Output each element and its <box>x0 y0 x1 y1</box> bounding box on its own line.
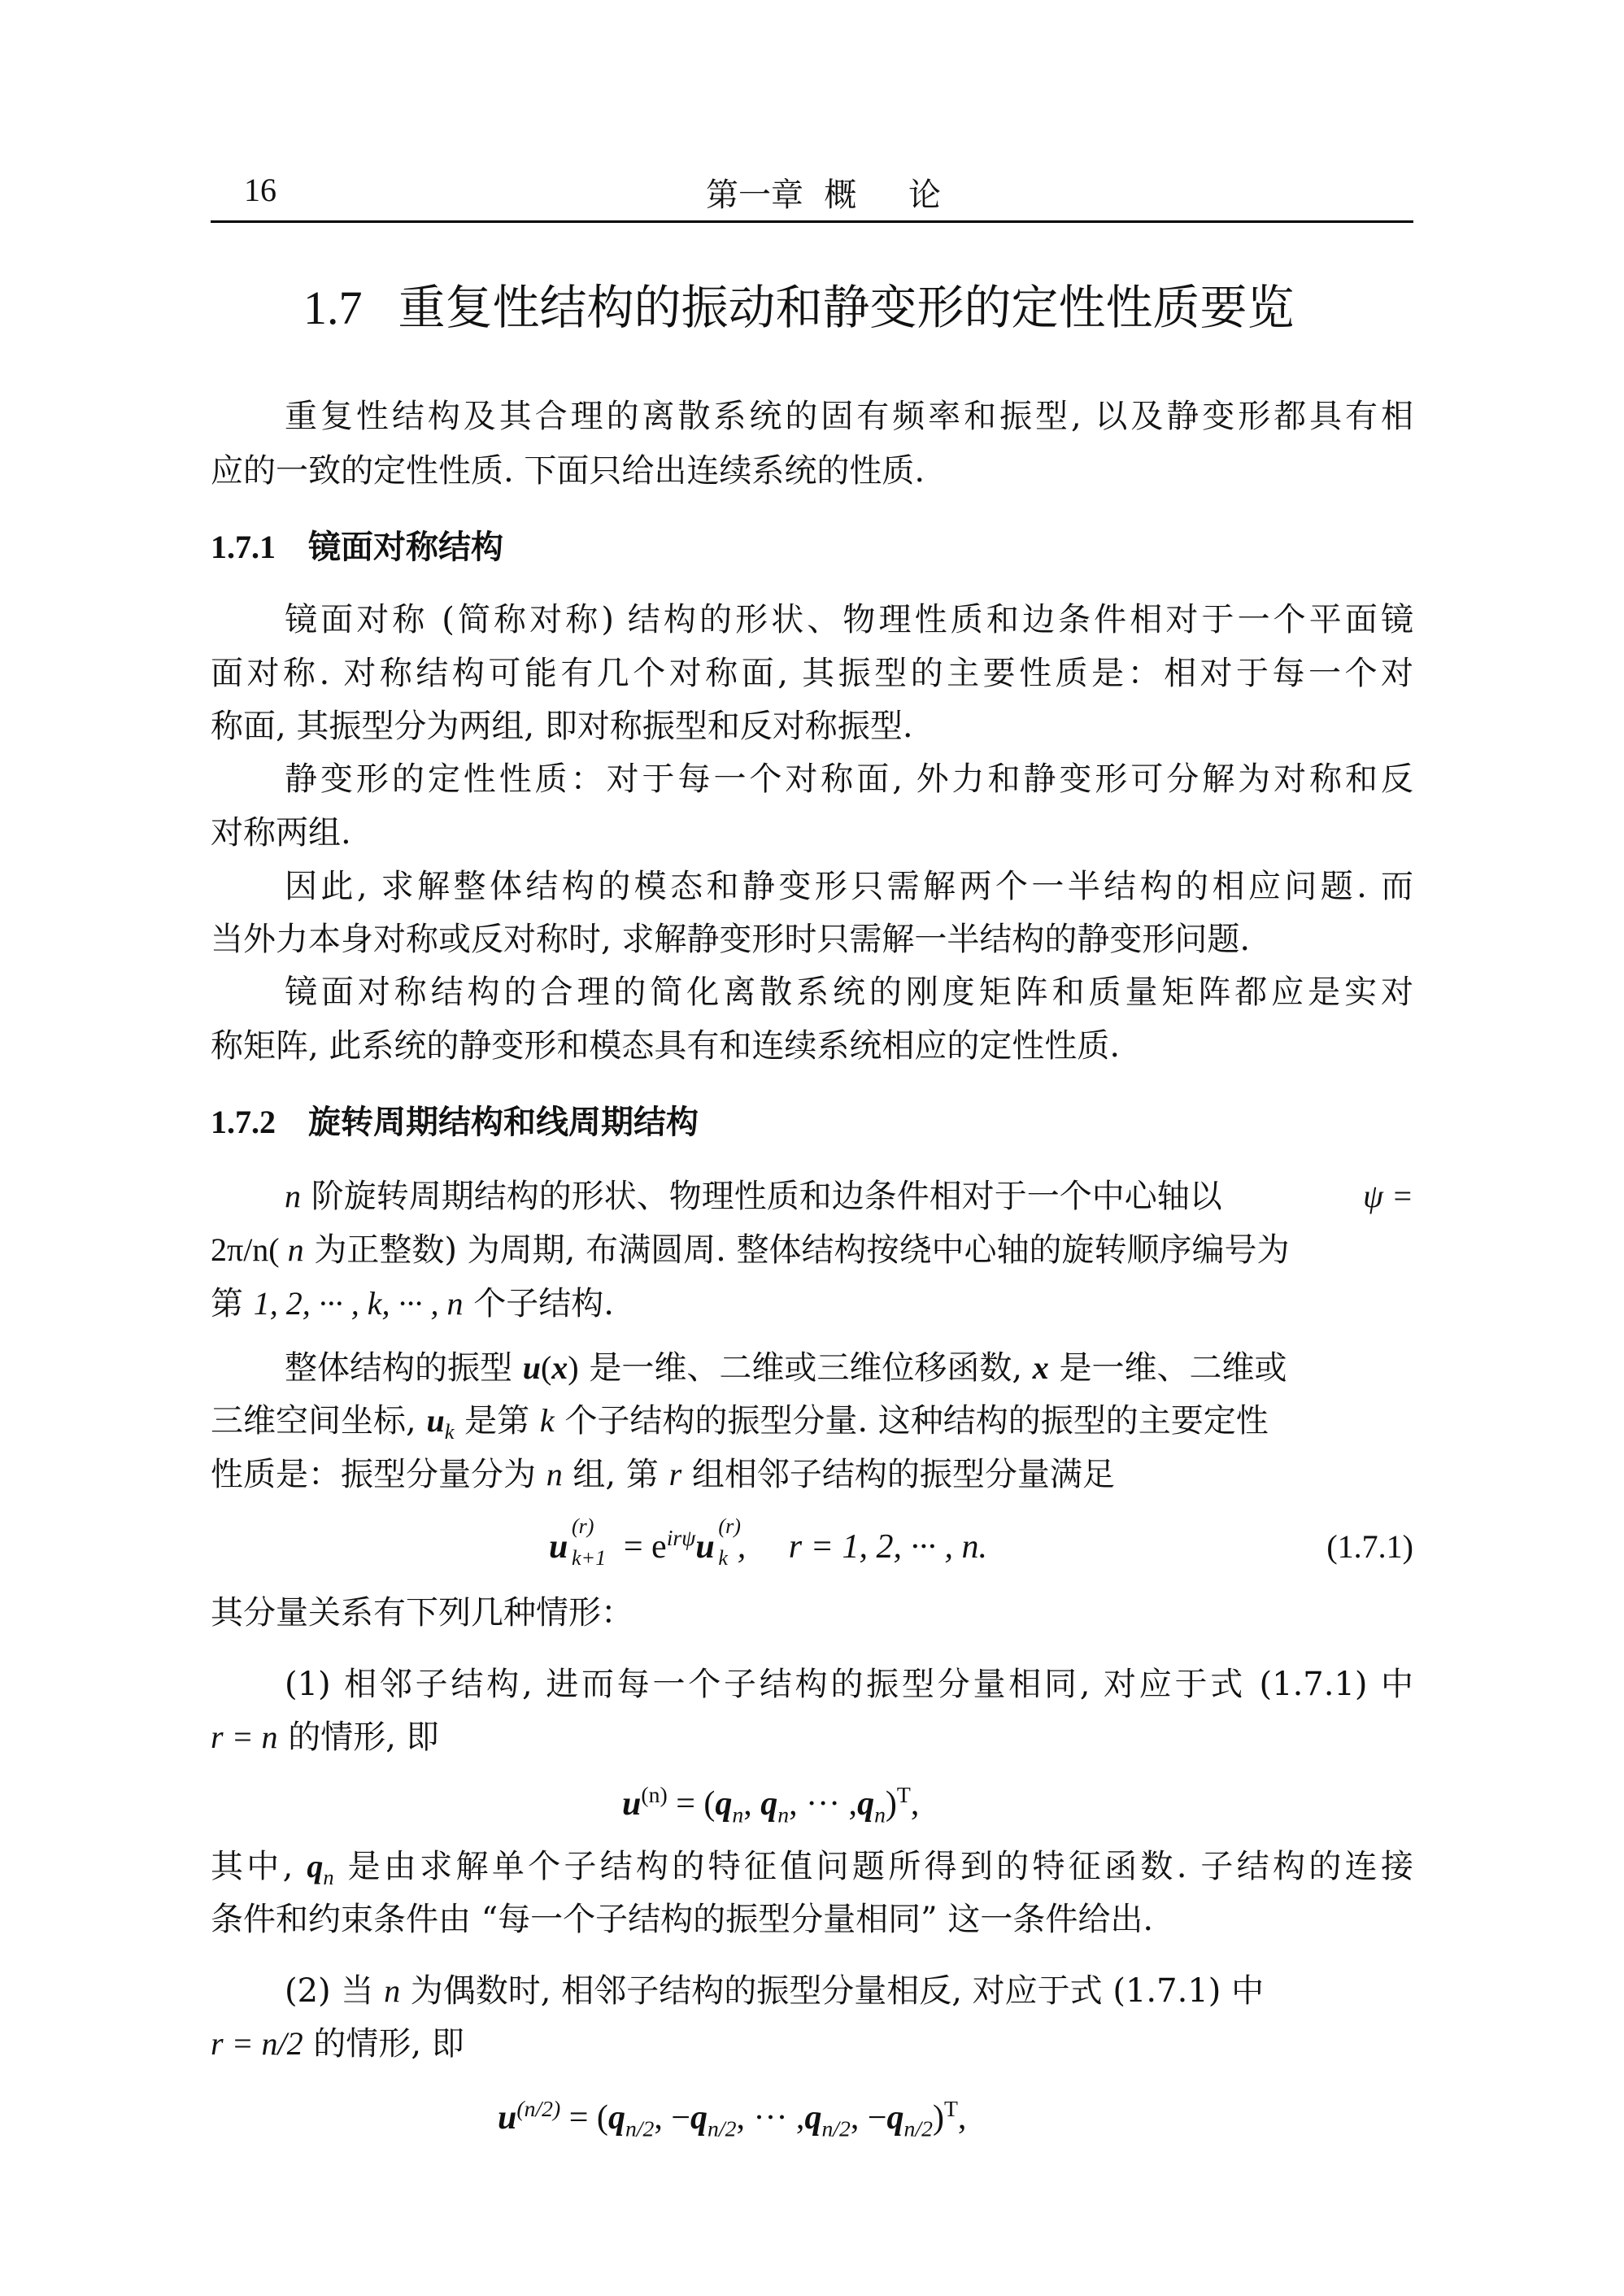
math-u: u <box>695 1528 714 1566</box>
text-line: 三维空间坐标, uk 是第 k 个子结构的振型分量. 这种结构的振型的主要定性 <box>211 1394 1413 1448</box>
equation-number: (1.7.1) <box>1326 1520 1413 1574</box>
math-n: n <box>285 1178 301 1214</box>
text-span: 是由求解单个子结构的特征值问题所得到的特征函数. 子结构的连接 <box>334 1848 1413 1885</box>
math-q: q <box>715 1785 732 1823</box>
comma: , <box>789 1785 806 1823</box>
text-line: 第 1, 2, ··· , k, ··· , n 个子结构. <box>211 1277 1413 1331</box>
equation-u-n: u(n) = (qn, qn, ··· ,qn)T, <box>622 1777 919 1831</box>
math-q: q <box>804 2099 821 2137</box>
math-sub: n <box>777 1802 789 1827</box>
text-line: 其中, qn 是由求解单个子结构的特征值问题所得到的特征函数. 子结构的连接 <box>211 1840 1413 1893</box>
text-span: 是一维、二维或 <box>1049 1349 1287 1387</box>
math-q: q <box>857 1785 874 1823</box>
text-line: 整体结构的振型 u(x) 是一维、二维或三维位移函数, x 是一维、二维或 <box>285 1341 1413 1395</box>
paren: ) <box>933 2099 944 2137</box>
section-title: 1.7重复性结构的振动和静变形的定性性质要览 <box>303 275 1295 341</box>
math-n: n <box>546 1456 563 1492</box>
math-sub: n/2 <box>708 2115 736 2141</box>
math-q: q <box>690 2099 708 2137</box>
eq-sign: = e <box>615 1528 666 1566</box>
equation-1-7-1: u(r)k+1 = eirψu(r)k, r = 1, 2, ··· , n. <box>549 1520 987 1574</box>
math-r-eq-n-half: r = n/2 <box>211 2025 303 2062</box>
text-line: 当外力本身对称或反对称时, 求解静变形时只需解一半结构的静变形问题. <box>211 913 1413 966</box>
text-line: 性质是：振型分量分为 n 组, 第 r 组相邻子结构的振型分量满足 <box>211 1448 1413 1501</box>
math-sub: n/2 <box>821 2115 850 2141</box>
math-psi-eq: ψ = <box>1363 1170 1413 1223</box>
header-rule <box>211 220 1413 223</box>
text-line: r = n/2 的情形, 即 <box>211 2017 1413 2071</box>
intro-line-2: 应的一致的定性性质. 下面只给出连续系统的性质. <box>211 444 1413 498</box>
intro-line-1: 重复性结构及其合理的离散系统的固有频率和振型, 以及静变形都具有相 <box>285 390 1413 443</box>
text-span: 个子结构的振型分量. 这种结构的振型的主要定性 <box>555 1402 1269 1440</box>
text-line: 称矩阵, 此系统的静变形和模态具有和连续系统相应的定性性质. <box>211 1019 1413 1073</box>
text-span: 为偶数时, 相邻子结构的振型分量相反, 对应于式 (1.7.1) 中 <box>400 1972 1264 2010</box>
text-span: 的情形, 即 <box>278 1719 439 1756</box>
text-line: 2π/n( n 为正整数) 为周期, 布满圆周. 整体结构按绕中心轴的旋转顺序编… <box>211 1223 1413 1277</box>
page-number: 16 <box>244 171 276 209</box>
math-q: q <box>887 2099 904 2137</box>
math-sup: (n) <box>641 1782 667 1807</box>
math-u: u <box>523 1349 541 1386</box>
eq-lhs: u(r)k+1 <box>549 1520 568 1574</box>
comma: , <box>654 2099 671 2137</box>
text-span: 其中, <box>211 1848 307 1885</box>
text-span: 第 <box>211 1285 254 1322</box>
text-span: 组, 第 <box>563 1456 669 1493</box>
math-sub: n <box>874 1802 886 1827</box>
dots: ··· , <box>806 1785 857 1823</box>
math-sup: (n/2) <box>516 2096 560 2121</box>
math-n: n <box>384 1972 400 2009</box>
eq-rhs: u(r)k <box>695 1520 714 1574</box>
paren: ( <box>541 1349 551 1386</box>
math-sub: n/2 <box>625 2115 654 2141</box>
text-line: 其分量关系有下列几种情形： <box>211 1586 1413 1640</box>
comma: , <box>851 2099 868 2137</box>
eq-sign: = ( <box>668 1785 716 1823</box>
subsection-title: 旋转周期结构和线周期结构 <box>308 1104 699 1141</box>
text-line: (1) 相邻子结构, 进而每一个子结构的振型分量相同, 对应于式 (1.7.1)… <box>285 1658 1413 1711</box>
eq-tail: , r = 1, 2, ··· , n. <box>738 1528 987 1566</box>
eq-sign: = ( <box>560 2099 608 2137</box>
text-line: 静变形的定性性质：对于每一个对称面, 外力和静变形可分解为对称和反 <box>285 752 1413 806</box>
dots: ··· , <box>753 2099 804 2137</box>
text-line: (2) 当 n 为偶数时, 相邻子结构的振型分量相反, 对应于式 (1.7.1)… <box>285 1964 1413 2018</box>
text-span: 阶旋转周期结构的形状、物理性质和边条件相对于一个中心轴以 <box>301 1178 1232 1215</box>
text-line: n 阶旋转周期结构的形状、物理性质和边条件相对于一个中心轴以 ψ = <box>285 1170 1413 1223</box>
text-span: 整体结构的振型 <box>285 1349 523 1387</box>
text-span: (2) 当 <box>285 1972 384 2010</box>
text-line: 条件和约束条件由 “每一个子结构的振型分量相同” 这一条件给出. <box>211 1893 1413 1946</box>
math-r: r <box>669 1456 682 1492</box>
text-span: 是一维、二维或三维位移函数, <box>579 1349 1033 1387</box>
text-line: r = n 的情形, 即 <box>211 1710 1413 1764</box>
math-transpose: T <box>944 2096 958 2121</box>
subsection-heading-1-7-2: 1.7.2旋转周期结构和线周期结构 <box>211 1098 699 1147</box>
text-line: 镜面对称结构的合理的简化离散系统的刚度矩阵和质量矩阵都应是实对 <box>285 965 1413 1019</box>
math-q: q <box>608 2099 625 2137</box>
subsection-number: 1.7.1 <box>211 529 276 565</box>
text-span: 个子结构. <box>463 1285 613 1322</box>
math-q: q <box>760 1785 777 1823</box>
math-sub-n: n <box>323 1865 333 1889</box>
text-line: 镜面对称 (简称对称) 结构的形状、物理性质和边条件相对于一个平面镜 <box>285 593 1413 647</box>
text-span: 是第 <box>454 1402 539 1440</box>
math-q: q <box>307 1848 323 1884</box>
math-sub: n/2 <box>904 2115 933 2141</box>
math-n: n <box>288 1231 304 1268</box>
text-line: 对称两组. <box>211 806 1413 860</box>
math-sub: k+1 <box>572 1531 606 1585</box>
math-r-eq-n: r = n <box>211 1719 278 1755</box>
math-sub-k: k <box>445 1419 455 1444</box>
section-title-text: 重复性结构的振动和静变形的定性性质要览 <box>398 280 1295 335</box>
math-index-list: 1, 2, ··· , k, ··· , n <box>254 1285 464 1322</box>
text-span: 的情形, 即 <box>303 2025 464 2063</box>
text-span: 为正整数) 为周期, 布满圆周. 整体结构按绕中心轴的旋转顺序编号为 <box>304 1231 1290 1269</box>
math-2pi-n: 2π/n( <box>211 1231 288 1268</box>
math-sub: n <box>732 1802 743 1827</box>
math-exp: irψ <box>667 1525 696 1550</box>
math-k: k <box>540 1402 555 1439</box>
paren: ) <box>568 1349 578 1386</box>
text-line: 面对称. 对称结构可能有几个对称面, 其振型的主要性质是：相对于每一个对 <box>211 647 1413 700</box>
text-span: 组相邻子结构的振型分量满足 <box>681 1456 1115 1493</box>
section-number: 1.7 <box>303 281 363 334</box>
comma: , <box>911 1785 920 1823</box>
comma: , <box>736 2099 753 2137</box>
minus: − <box>868 2099 887 2137</box>
math-u: u <box>549 1528 568 1566</box>
text-span: 三维空间坐标, <box>211 1402 426 1440</box>
subsection-number: 1.7.2 <box>211 1104 276 1140</box>
math-x: x <box>1033 1349 1049 1386</box>
math-u: u <box>622 1785 641 1823</box>
math-x: x <box>551 1349 568 1386</box>
paren: ) <box>886 1785 897 1823</box>
comma: , <box>958 2099 967 2137</box>
subsection-title: 镜面对称结构 <box>308 529 503 566</box>
math-transpose: T <box>897 1782 911 1807</box>
math-u: u <box>498 2099 516 2137</box>
minus: − <box>671 2099 690 2137</box>
text-span: 性质是：振型分量分为 <box>211 1456 546 1493</box>
text-line: 因此, 求解整体结构的模态和静变形只需解两个一半结构的相应问题. 而 <box>285 860 1413 913</box>
math-u: u <box>426 1402 444 1439</box>
text-line: 称面, 其振型分为两组, 即对称振型和反对称振型. <box>211 699 1413 753</box>
equation-u-n-half: u(n/2) = (qn/2, −qn/2, ··· ,qn/2, −qn/2)… <box>498 2091 966 2145</box>
math-sub: k <box>718 1531 728 1585</box>
running-header-chapter: 第一章 概 论 <box>706 169 941 216</box>
subsection-heading-1-7-1: 1.7.1镜面对称结构 <box>211 523 503 572</box>
comma: , <box>743 1785 760 1823</box>
